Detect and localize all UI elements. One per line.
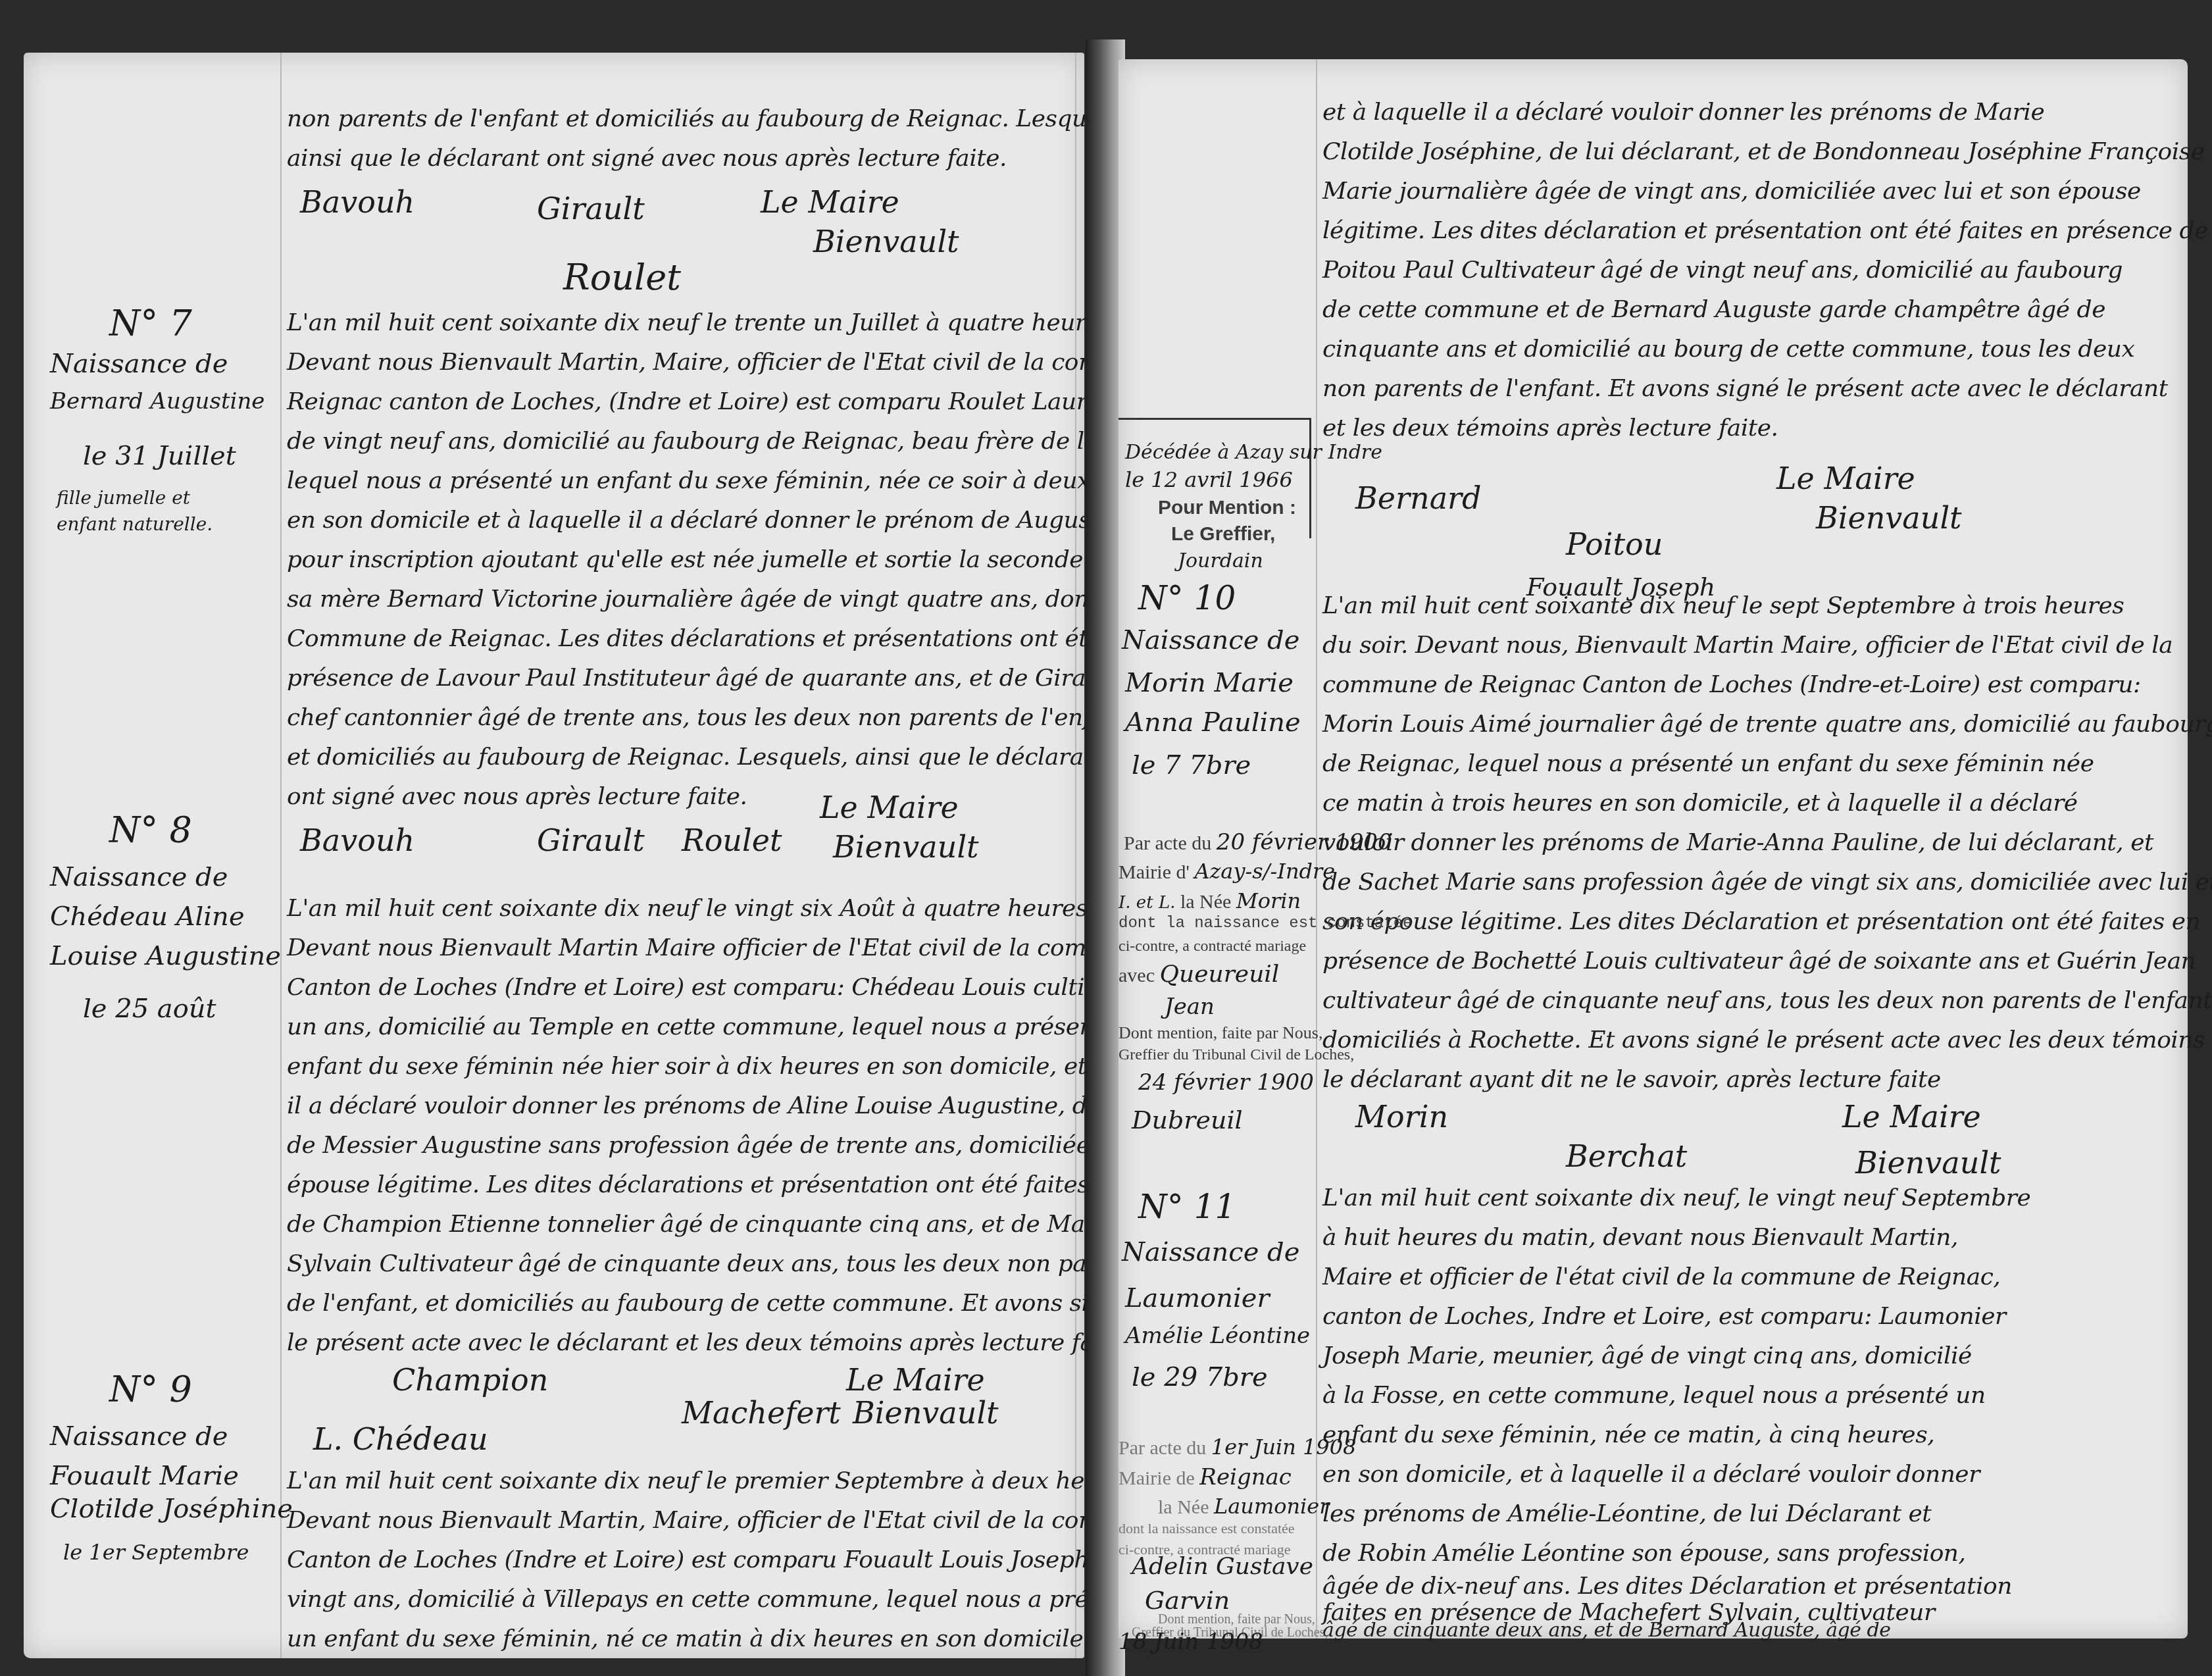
entry-line: chef cantonnier âgé de trente ans, tous … xyxy=(287,704,1129,731)
mention-label: Par acte du 20 février 1900 xyxy=(1124,829,1392,855)
entry-line: à huit heures du matin, devant nous Bien… xyxy=(1322,1224,1958,1251)
signature: Bienvault xyxy=(1855,1145,2001,1181)
signature: Bienvault xyxy=(833,829,979,865)
entry-line: canton de Loches, Indre et Loire, est co… xyxy=(1322,1303,2006,1330)
entry-line: ce matin à trois heures en son domicile,… xyxy=(1322,790,2078,817)
mention-stamp: Pour Mention : xyxy=(1158,497,1296,519)
entry-line: un enfant du sexe féminin, né ce matin à… xyxy=(287,1625,1083,1652)
entry-line: du soir. Devant nous, Bienvault Martin M… xyxy=(1322,632,2173,659)
entry-line: enfant du sexe féminin, née ce matin, à … xyxy=(1322,1421,1934,1448)
entry-line: Joseph Marie, meunier, âgé de vingt cinq… xyxy=(1322,1342,1972,1369)
entry-line: présence de Bochetté Louis cultivateur â… xyxy=(1322,948,2196,975)
margin-note: enfant naturelle. xyxy=(57,513,213,535)
continuation-line: Poitou Paul Cultivateur âgé de vingt neu… xyxy=(1322,257,2123,284)
mention-text: dont la naissance est constatée xyxy=(1119,915,1412,932)
mention-name: Jean xyxy=(1165,994,1215,1020)
signature: L. Chédeau xyxy=(313,1421,488,1457)
entry-number: N° 7 xyxy=(109,303,192,344)
mention-date: 18 Juin 1908 xyxy=(1119,1629,1263,1655)
entry-line: de l'enfant, et domiciliés au faubourg d… xyxy=(287,1290,1132,1317)
entry-line: âgé de cinquante deux ans, et de Bernard… xyxy=(1322,1619,1890,1642)
margin-name: Laumonier xyxy=(1125,1283,1270,1313)
signature: Girault xyxy=(537,823,645,858)
entry-number: N° 9 xyxy=(109,1369,192,1410)
signature: Dubreuil xyxy=(1132,1105,1243,1134)
mayor-label: Le Maire xyxy=(1776,461,1915,496)
margin-name: Clotilde Joséphine xyxy=(50,1494,293,1524)
entry-number: N° 8 xyxy=(109,809,192,851)
margin-name: Fouault Marie xyxy=(50,1461,239,1491)
margin-title: Naissance de xyxy=(1122,625,1299,655)
margin-date: le 31 Juillet xyxy=(83,441,236,471)
entry-line: en son domicile, et à laquelle il a décl… xyxy=(1322,1461,1980,1488)
entry-line: de Champion Etienne tonnelier âgé de cin… xyxy=(287,1211,1169,1238)
margin-name: Anna Pauline xyxy=(1125,707,1301,738)
continuation-line: cinquante ans et domicilié au bourg de c… xyxy=(1322,336,2134,363)
signature: Poitou xyxy=(1566,526,1663,562)
entry-line: Commune de Reignac. Les dites déclaratio… xyxy=(287,625,1209,652)
entry-line: en son domicile et à laquelle il a décla… xyxy=(287,507,1143,534)
mention-label: avec Queureuil xyxy=(1119,961,1279,988)
mayor-label: Le Maire xyxy=(761,184,899,220)
entry-line: L'an mil huit cent soixante dix neuf le … xyxy=(1322,592,2124,619)
page-edge-rule xyxy=(1075,53,1076,1658)
margin-name: Louise Augustine xyxy=(50,941,281,971)
continuation-line: et les deux témoins après lecture faite. xyxy=(1322,415,1778,442)
signature: Machefert xyxy=(682,1395,841,1431)
entry-line: âgée de dix-neuf ans. Les dites Déclarat… xyxy=(1322,1573,2012,1600)
signature: Roulet xyxy=(682,823,782,858)
entry-line: L'an mil huit cent soixante dix neuf le … xyxy=(287,309,1149,336)
margin-title: Naissance de xyxy=(50,862,228,892)
signature: Bienvault xyxy=(1816,500,1962,536)
mention-date: le 12 avril 1966 xyxy=(1125,467,1293,492)
left-page: non parents de l'enfant et domiciliés au… xyxy=(24,53,1084,1658)
margin-title: Naissance de xyxy=(1122,1237,1299,1267)
entry-line: de Sachet Marie sans profession âgée de … xyxy=(1322,869,2212,896)
entry-line: L'an mil huit cent soixante dix neuf le … xyxy=(287,895,1176,922)
margin-date: le 7 7bre xyxy=(1132,750,1251,780)
entry-line: de Robin Amélie Léontine son épouse, san… xyxy=(1322,1540,1965,1567)
margin-name: Amélie Léontine xyxy=(1125,1323,1310,1349)
entry-line: vouloir donner les prénoms de Marie-Anna… xyxy=(1322,829,2153,856)
mention-text: Décédée à Azay sur Indre xyxy=(1125,441,1382,464)
margin-rule xyxy=(280,53,282,1658)
entry-line: Morin Louis Aimé journalier âgé de trent… xyxy=(1322,711,2212,738)
entry-line: L'an mil huit cent soixante dix neuf, le… xyxy=(1322,1184,2030,1211)
signature: Jourdain xyxy=(1178,549,1263,572)
entry-line: et domiciliés au faubourg de Reignac. Le… xyxy=(287,744,1107,771)
mention-text: Dont mention, faite par Nous, xyxy=(1119,1023,1323,1043)
signature: Girault xyxy=(537,191,645,226)
entry-line: commune de Reignac Canton de Loches (Ind… xyxy=(1322,671,2141,698)
entry-line: de Reignac, lequel nous a présenté un en… xyxy=(1322,750,2094,777)
mention-label: Par acte du 1er Juin 1908 xyxy=(1119,1435,1356,1460)
margin-name: Chédeau Aline xyxy=(50,901,245,932)
entry-line: domiciliés à Rochette. Et avons signé le… xyxy=(1322,1027,2205,1054)
entry-line: L'an mil huit cent soixante dix neuf le … xyxy=(287,1467,1172,1494)
entry-line: ont signé avec nous après lecture faite. xyxy=(287,783,747,810)
mention-text: ci-contre, a contracté mariage xyxy=(1119,938,1306,955)
margin-title: Naissance de xyxy=(50,1421,228,1452)
signature: Bernard xyxy=(1355,480,1482,516)
mention-stamp: Le Greffier, xyxy=(1171,523,1275,546)
right-page: et à laquelle il a déclaré vouloir donne… xyxy=(1119,59,2188,1638)
entry-line: Sylvain Cultivateur âgé de cinquante deu… xyxy=(287,1250,1147,1277)
mention-name: Adelin Gustave xyxy=(1132,1553,1313,1580)
signature: Morin xyxy=(1355,1099,1448,1134)
continuation-line: et à laquelle il a déclaré vouloir donne… xyxy=(1322,99,2044,126)
mention-label: la Née Laumonier xyxy=(1158,1494,1330,1519)
signature: Champion xyxy=(392,1362,548,1398)
entry-line: son épouse légitime. Les dites Déclarati… xyxy=(1322,908,2200,935)
mention-date: 24 février 1900 xyxy=(1138,1069,1314,1096)
entry-line: un ans, domicilié au Temple en cette com… xyxy=(287,1013,1154,1040)
mention-name: Garvin xyxy=(1145,1586,1230,1615)
continuation-line: non parents de l'enfant et domiciliés au… xyxy=(287,105,1120,132)
margin-name: Morin Marie xyxy=(1125,668,1294,698)
margin-name: Bernard Augustine xyxy=(50,388,264,415)
mention-label: I. et L. la Née Morin xyxy=(1119,888,1301,913)
mayor-label: Le Maire xyxy=(846,1362,985,1398)
entry-line: présence de Lavour Paul Instituteur âgé … xyxy=(287,665,1170,692)
entry-line: pour inscription ajoutant qu'elle est né… xyxy=(287,546,1175,573)
mayor-label: Le Maire xyxy=(820,790,959,825)
entry-line: le présent acte avec le déclarant et les… xyxy=(287,1329,1131,1356)
mayor-label: Le Maire xyxy=(1842,1099,1981,1134)
entry-line: le déclarant ayant dit ne le savoir, apr… xyxy=(1322,1066,1941,1093)
mention-text: Greffier du Tribunal Civil de Loches, xyxy=(1119,1046,1354,1064)
entry-line: Devant nous Bienvault Martin, Maire, off… xyxy=(287,349,1202,376)
entry-line: Maire et officier de l'état civil de la … xyxy=(1322,1263,2000,1290)
signature: Bavouh xyxy=(300,823,415,858)
entry-line: enfant du sexe féminin née hier soir à d… xyxy=(287,1053,1207,1080)
entry-line: cultivateur âgé de cinquante neuf ans, t… xyxy=(1322,987,2212,1014)
mention-text: dont la naissance est constatée xyxy=(1119,1520,1295,1537)
signature: Roulet xyxy=(563,257,681,298)
signature: Bienvault xyxy=(813,224,959,259)
mention-label: Mairie de Reignac xyxy=(1119,1464,1292,1490)
entry-number: N° 11 xyxy=(1138,1188,1236,1226)
signature: Bavouh xyxy=(300,184,415,220)
continuation-line: Marie journalière âgée de vingt ans, dom… xyxy=(1322,178,2141,205)
continuation-line: de cette commune et de Bernard Auguste g… xyxy=(1322,296,2105,323)
entry-number: N° 10 xyxy=(1138,579,1236,617)
continuation-line: non parents de l'enfant. Et avons signé … xyxy=(1322,375,2168,402)
continuation-line: légitime. Les dites déclaration et prése… xyxy=(1322,217,2208,244)
continuation-line: ainsi que le déclarant ont signé avec no… xyxy=(287,145,1007,172)
entry-line: les prénoms de Amélie-Léontine, de lui D… xyxy=(1322,1500,1931,1527)
margin-title: Naissance de xyxy=(50,349,228,379)
mention-label: Mairie d' Azay-s/-Indre xyxy=(1119,859,1335,884)
margin-note: fille jumelle et xyxy=(57,487,190,509)
margin-date: le 25 août xyxy=(83,994,216,1024)
entry-line: à la Fosse, en cette commune, lequel nou… xyxy=(1322,1382,1986,1409)
continuation-line: Clotilde Joséphine, de lui déclarant, et… xyxy=(1322,138,2205,165)
signature: Bienvault xyxy=(853,1395,999,1431)
signature: Berchat xyxy=(1566,1138,1687,1174)
margin-date: le 29 7bre xyxy=(1132,1362,1268,1392)
entry-line: vingt ans, domicilié à Villepays en cett… xyxy=(287,1586,1151,1613)
margin-date: le 1er Septembre xyxy=(63,1540,249,1565)
